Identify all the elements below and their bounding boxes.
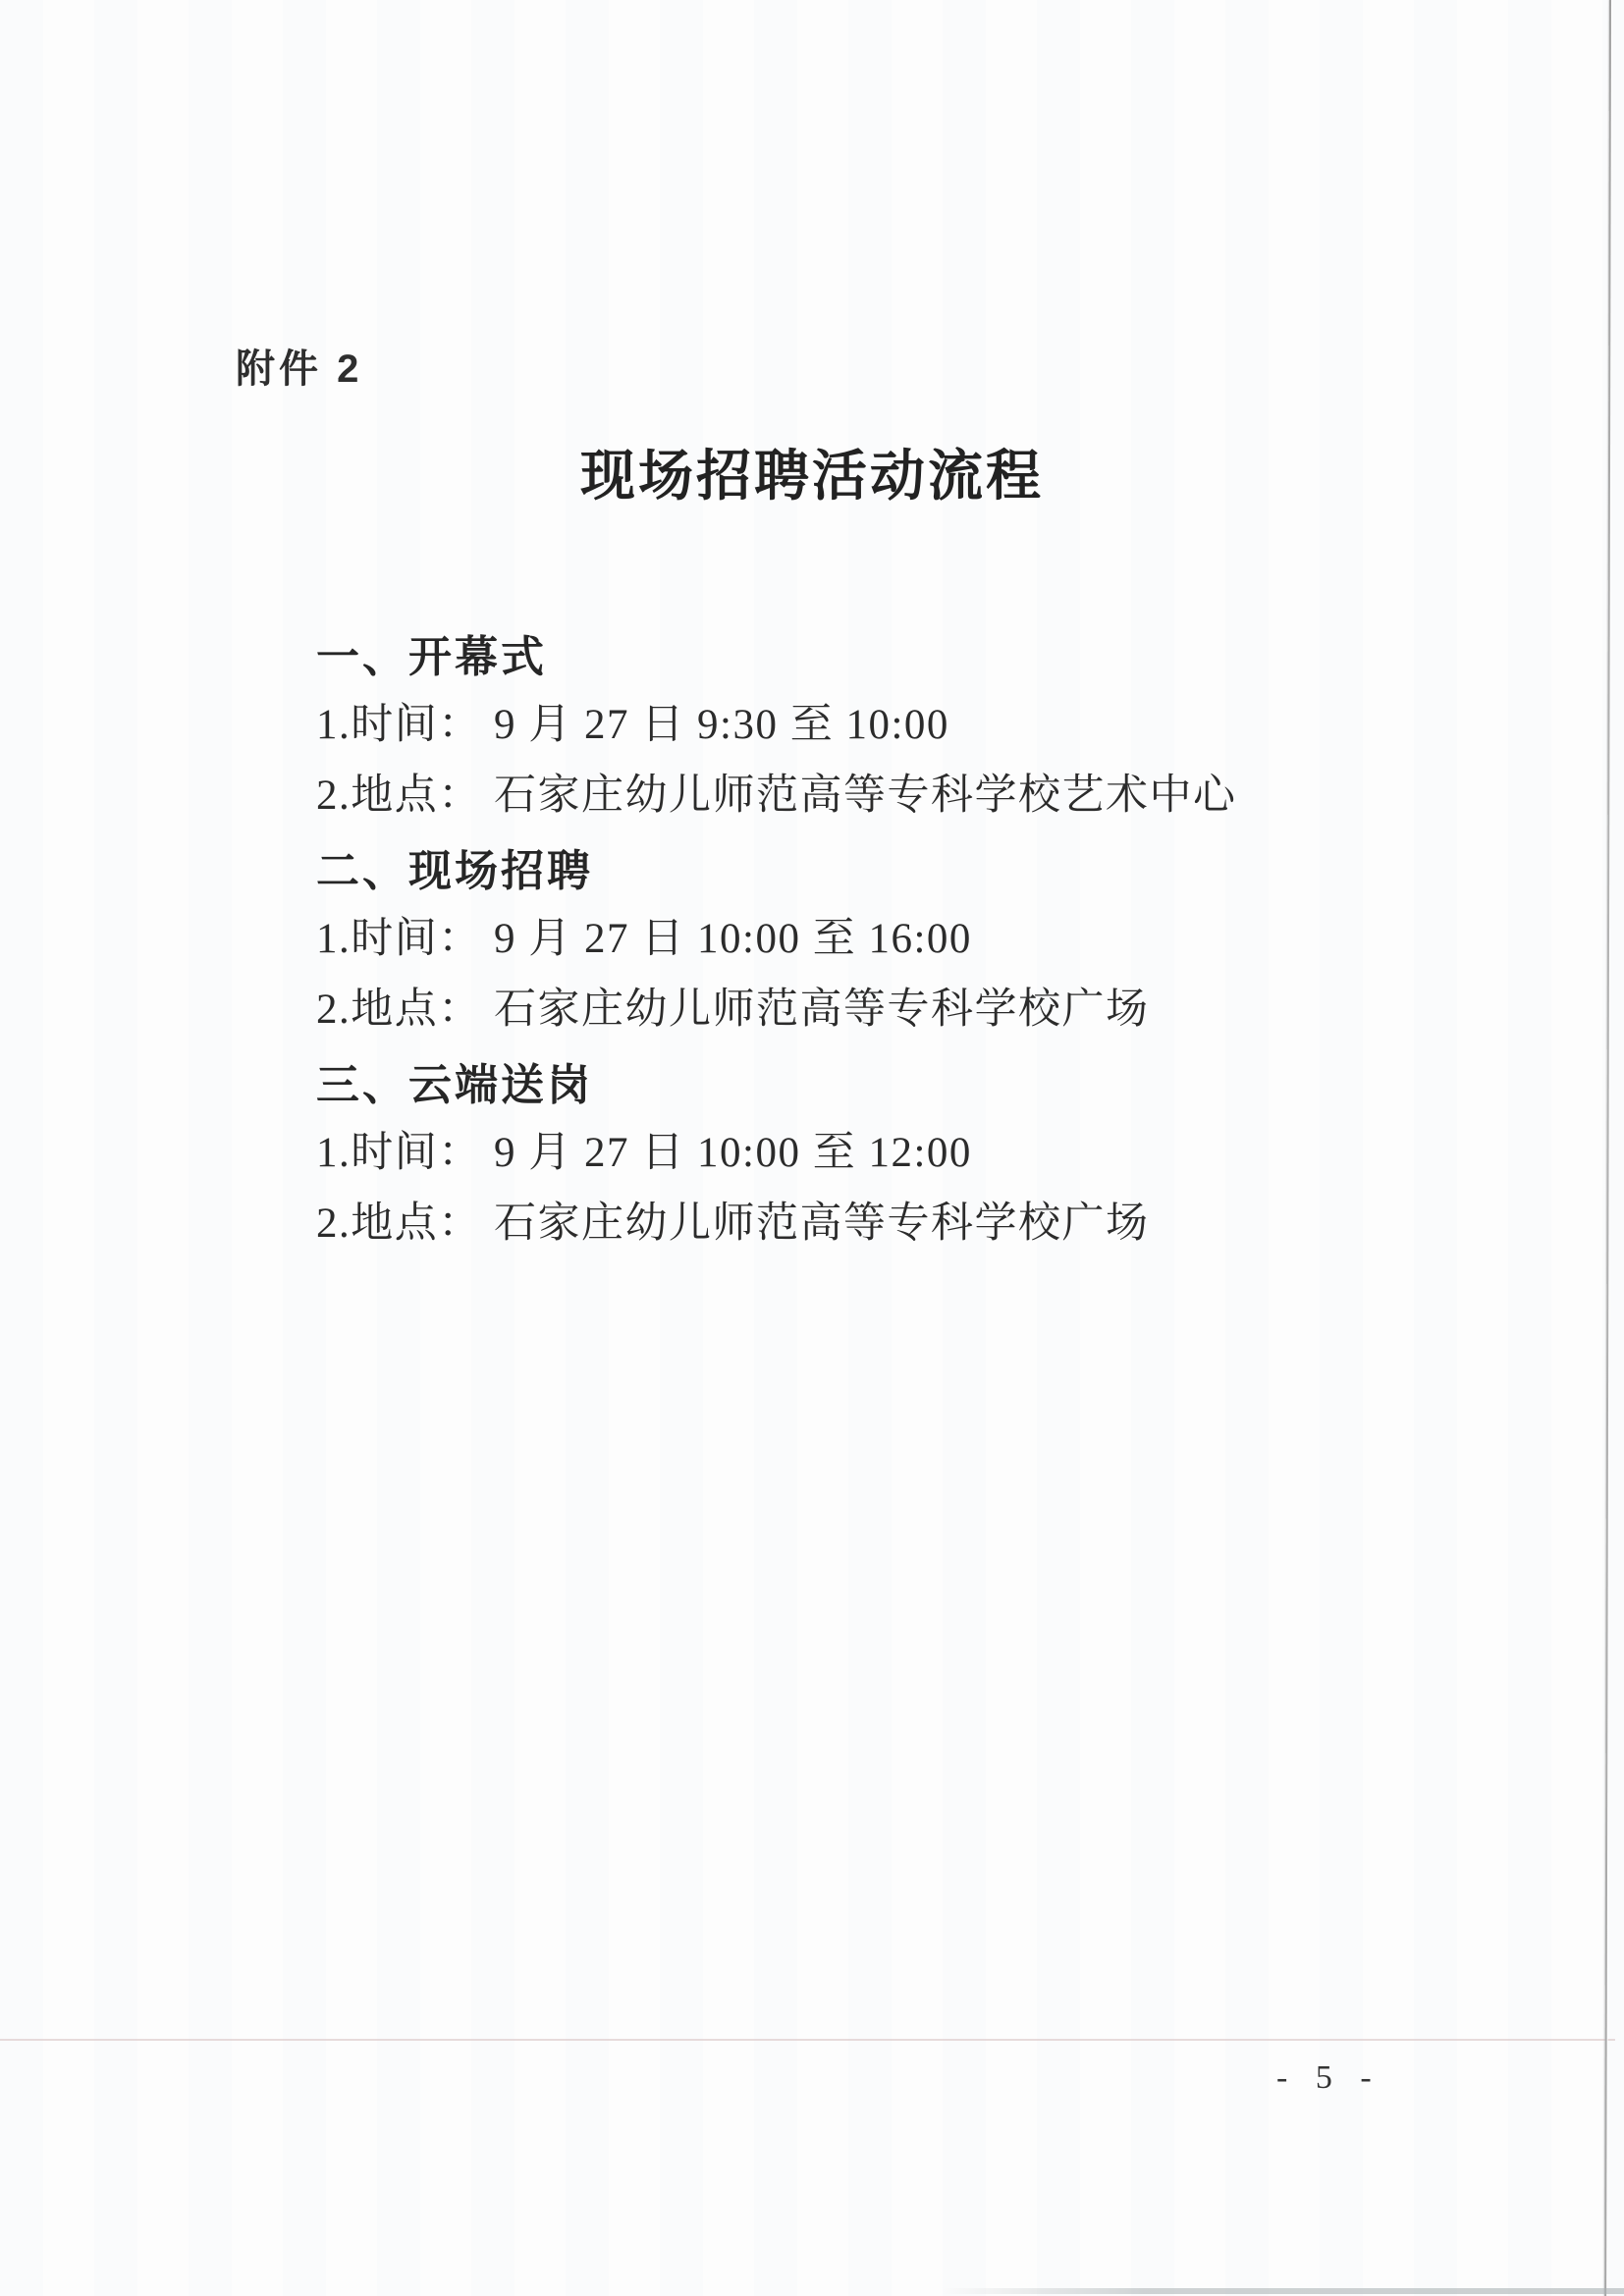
section-heading-opening-ceremony: 一、开幕式 bbox=[316, 621, 547, 684]
scanned-document-page: 附件 2 现场招聘活动流程 一、开幕式 1.时间： 9 月 27 日 9:30 … bbox=[0, 0, 1624, 2296]
section-item-time: 1.时间： 9 月 27 日 10:00 至 16:00 bbox=[316, 905, 972, 965]
section-item-time: 1.时间： 9 月 27 日 10:00 至 12:00 bbox=[316, 1119, 972, 1179]
section-item-location: 2.地点： 石家庄幼儿师范高等专科学校广场 bbox=[316, 976, 1150, 1036]
attachment-label: 附件 2 bbox=[236, 338, 362, 394]
document-title: 现场招聘活动流程 bbox=[0, 433, 1624, 511]
section-item-location: 2.地点： 石家庄幼儿师范高等专科学校广场 bbox=[316, 1190, 1150, 1250]
section-heading-cloud-jobs: 三、云端送岗 bbox=[316, 1049, 593, 1112]
section-item-location: 2.地点： 石家庄幼儿师范高等专科学校艺术中心 bbox=[316, 762, 1237, 822]
section-item-time: 1.时间： 9 月 27 日 9:30 至 10:00 bbox=[316, 691, 949, 751]
footer-hairline bbox=[0, 2039, 1615, 2041]
page-number: - 5 - bbox=[1276, 2059, 1381, 2097]
scan-edge-line bbox=[1604, 0, 1611, 2296]
section-heading-onsite-recruitment: 二、现场招聘 bbox=[316, 835, 593, 898]
bottom-edge-shadow bbox=[943, 2288, 1624, 2294]
